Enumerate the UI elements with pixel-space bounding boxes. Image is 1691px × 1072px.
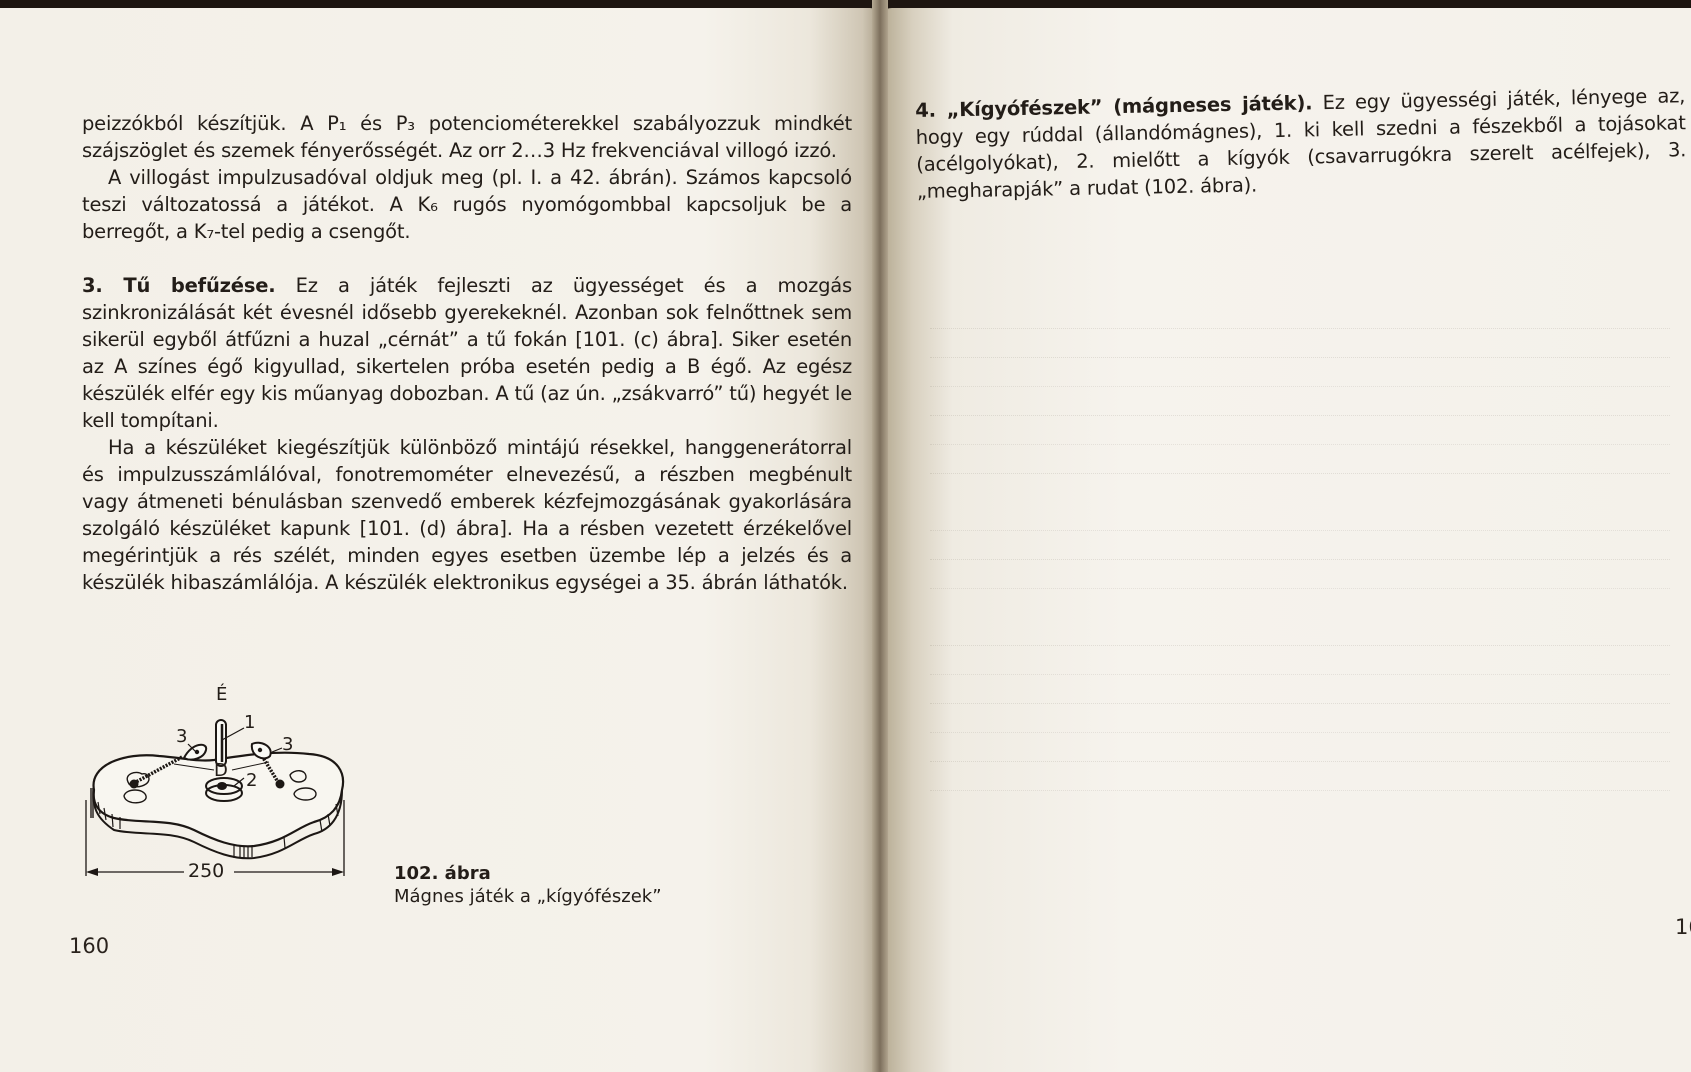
label-north-pole: É (216, 684, 227, 705)
left-page-body: peizzókból készítjük. A P₁ és P₃ potenci… (82, 110, 852, 596)
snake-nest-illustration (84, 690, 384, 905)
section-4-heading: 4. „Kígyófészek” (mágneses játék). (915, 91, 1313, 122)
section-3-heading: 3. Tű befűzése. (82, 274, 275, 297)
page-number-left: 160 (69, 934, 109, 958)
book-gutter (872, 0, 888, 1072)
figure-number: 102. ábra (394, 862, 662, 885)
dimension-label: 250 (188, 860, 224, 882)
right-page-body: 4. „Kígyófészek” (mágneses játék). Ez eg… (915, 82, 1687, 205)
page-number-right: 16 (1675, 915, 1691, 939)
paragraph-fonotremometer: Ha a készüléket kiegészítjük különböző m… (82, 434, 852, 596)
paragraph-section-3: 3. Tű befűzése. Ez a játék fejleszti az … (82, 272, 852, 434)
section-3-text: Ez a játék fejleszti az ügyességet és a … (82, 274, 852, 432)
label-snake-right: 3 (282, 734, 293, 755)
figure-caption-text: Mágnes játék a „kígyófészek” (394, 885, 662, 908)
figure-102-snake-nest-diagram: É 1 3 3 D 2 250 (84, 690, 384, 905)
paragraph-section-4: 4. „Kígyófészek” (mágneses játék). Ez eg… (915, 82, 1687, 205)
label-rod: 1 (244, 712, 255, 733)
paragraph-flashing: A villogást impulzusadóval oldjuk meg (p… (82, 164, 852, 245)
paragraph-continuation: peizzókból készítjük. A P₁ és P₃ potenci… (82, 110, 852, 164)
label-south-pole: D (214, 760, 228, 781)
figure-caption: 102. ábra Mágnes játék a „kígyófészek” (394, 862, 662, 908)
label-snake-left: 3 (176, 726, 187, 747)
label-nest: 2 (246, 770, 257, 791)
